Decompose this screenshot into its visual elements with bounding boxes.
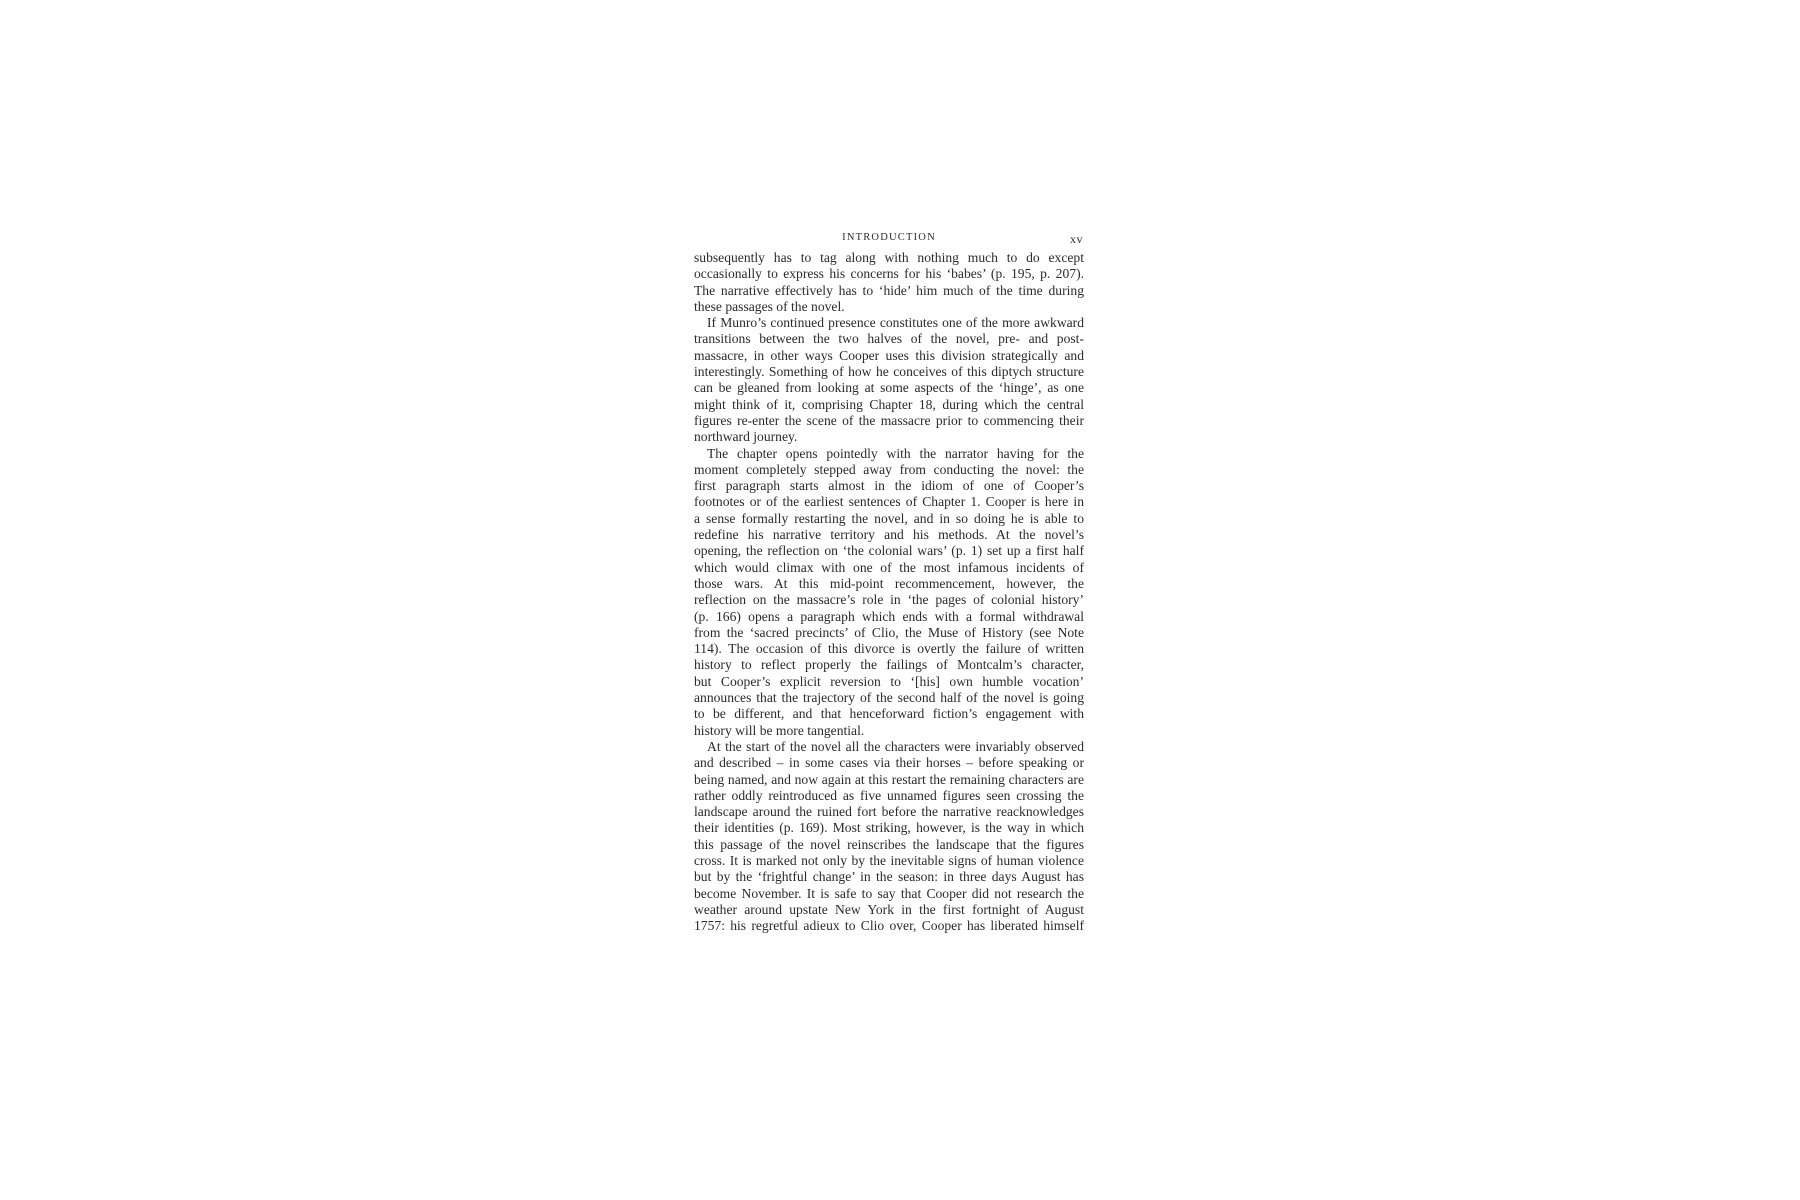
running-head-title: INTRODUCTION	[694, 232, 1084, 243]
text-line: redefine his narrative territory and his…	[694, 527, 1084, 543]
text-line: landscape around the ruined fort before …	[694, 804, 1084, 820]
book-page: INTRODUCTION xv subsequently has to tag …	[694, 232, 1084, 934]
running-head: INTRODUCTION xv	[694, 232, 1084, 248]
text-line: reflection on the massacre’s role in ‘th…	[694, 592, 1084, 608]
text-line: might think of it, comprising Chapter 18…	[694, 397, 1084, 413]
text-line: interestingly. Something of how he conce…	[694, 364, 1084, 380]
text-line: If Munro’s continued presence constitute…	[694, 315, 1084, 331]
text-line: first paragraph starts almost in the idi…	[694, 478, 1084, 494]
text-line: from the ‘sacred precincts’ of Clio, the…	[694, 625, 1084, 641]
text-line: The chapter opens pointedly with the nar…	[694, 446, 1084, 462]
paragraph-1: subsequently has to tag along with nothi…	[694, 250, 1084, 315]
text-line: these passages of the novel.	[694, 299, 1084, 315]
text-line: weather around upstate New York in the f…	[694, 902, 1084, 918]
text-line: rather oddly reintroduced as five unname…	[694, 788, 1084, 804]
paragraph-2: If Munro’s continued presence constitute…	[694, 315, 1084, 445]
text-line: become November. It is safe to say that …	[694, 886, 1084, 902]
text-line: The narrative effectively has to ‘hide’ …	[694, 283, 1084, 299]
text-line: this passage of the novel reinscribes th…	[694, 837, 1084, 853]
page-number: xv	[1070, 232, 1083, 247]
text-line: transitions between the two halves of th…	[694, 331, 1084, 347]
text-line: a sense formally restarting the novel, a…	[694, 511, 1084, 527]
text-line: those wars. At this mid-point recommence…	[694, 576, 1084, 592]
text-line: being named, and now again at this resta…	[694, 772, 1084, 788]
body-text: subsequently has to tag along with nothi…	[694, 250, 1084, 934]
text-line: and described – in some cases via their …	[694, 755, 1084, 771]
text-line: 1757: his regretful adieux to Clio over,…	[694, 918, 1084, 934]
text-line: their identities (p. 169). Most striking…	[694, 820, 1084, 836]
text-line: history will be more tangential.	[694, 723, 1084, 739]
text-line: which would climax with one of the most …	[694, 560, 1084, 576]
text-line: northward journey.	[694, 429, 1084, 445]
text-line: (p. 166) opens a paragraph which ends wi…	[694, 609, 1084, 625]
text-line: figures re-enter the scene of the massac…	[694, 413, 1084, 429]
text-line: At the start of the novel all the charac…	[694, 739, 1084, 755]
text-line: massacre, in other ways Cooper uses this…	[694, 348, 1084, 364]
text-line: but by the ‘frightful change’ in the sea…	[694, 869, 1084, 885]
text-line: subsequently has to tag along with nothi…	[694, 250, 1084, 266]
text-line: can be gleaned from looking at some aspe…	[694, 380, 1084, 396]
text-line: opening, the reflection on ‘the colonial…	[694, 543, 1084, 559]
paragraph-3: The chapter opens pointedly with the nar…	[694, 446, 1084, 739]
text-line: to be different, and that henceforward f…	[694, 706, 1084, 722]
paragraph-4: At the start of the novel all the charac…	[694, 739, 1084, 935]
text-line: footnotes or of the earliest sentences o…	[694, 494, 1084, 510]
text-line: cross. It is marked not only by the inev…	[694, 853, 1084, 869]
text-line: moment completely stepped away from cond…	[694, 462, 1084, 478]
text-line: 114). The occasion of this divorce is ov…	[694, 641, 1084, 657]
text-line: occasionally to express his concerns for…	[694, 266, 1084, 282]
text-line: announces that the trajectory of the sec…	[694, 690, 1084, 706]
text-line: history to reflect properly the failings…	[694, 657, 1084, 673]
text-line: but Cooper’s explicit reversion to ‘[his…	[694, 674, 1084, 690]
